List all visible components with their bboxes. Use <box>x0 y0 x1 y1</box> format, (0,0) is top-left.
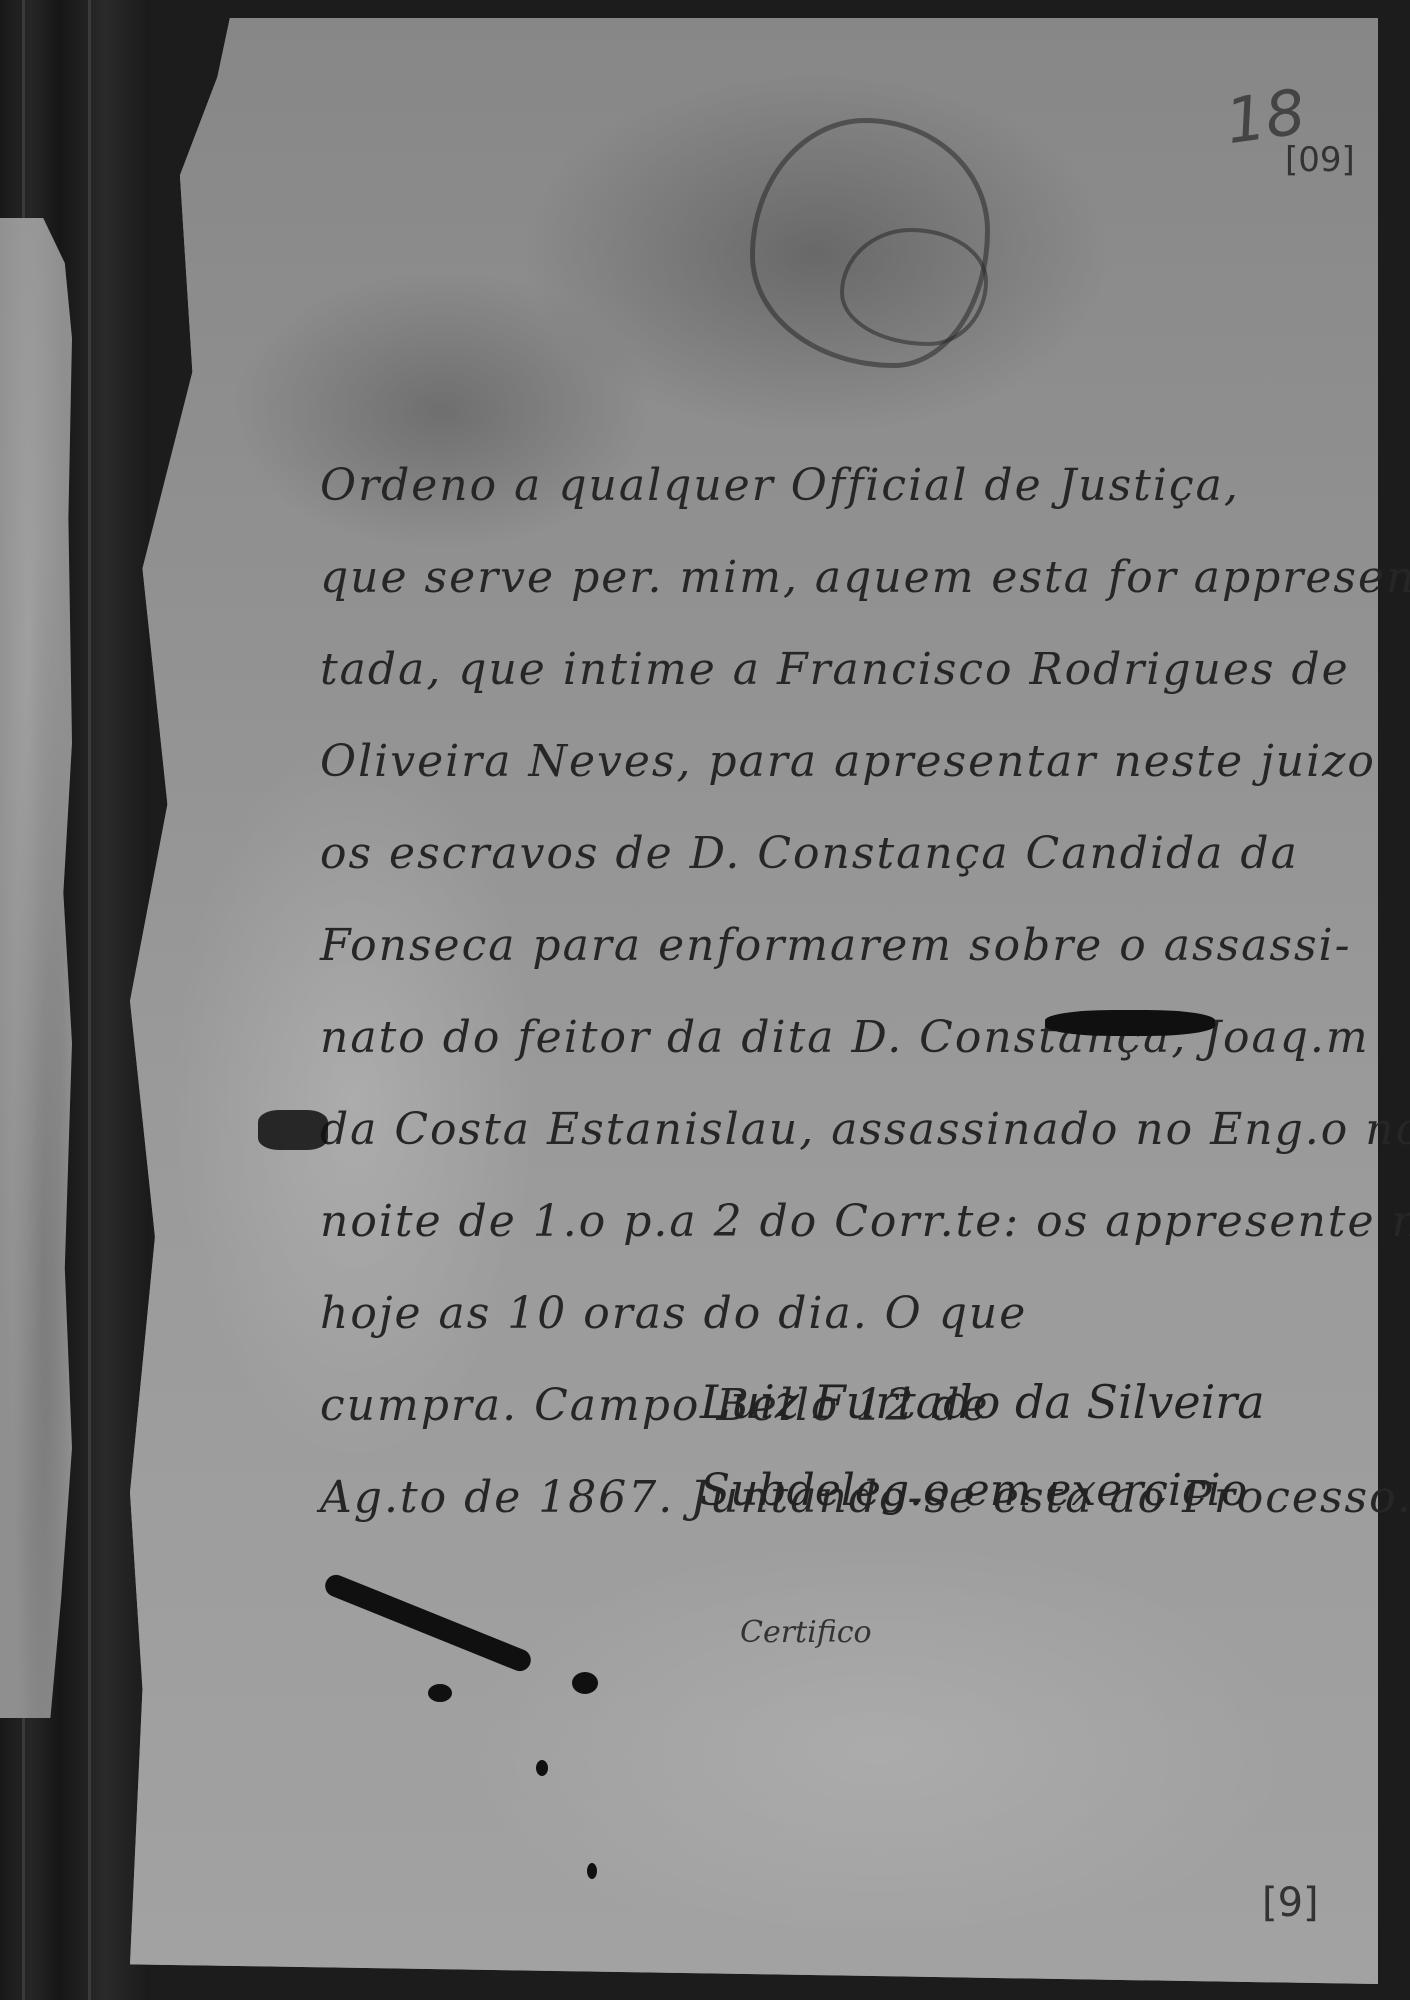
certification-note: Certifico <box>740 1615 872 1650</box>
body-line: nato do feitor da dita D. Constança, Joa… <box>320 992 1330 1084</box>
body-line: da Costa Estanislau, assassinado no Eng.… <box>320 1084 1330 1176</box>
water-stain <box>840 228 988 346</box>
ink-drop <box>587 1863 597 1879</box>
body-line: Oliveira Neves, para apresentar neste ju… <box>320 716 1330 808</box>
body-line: noite de 1.o p.a 2 do Corr.te: os appres… <box>320 1176 1330 1268</box>
signature-name: Luiz Furtado da Silveira <box>700 1375 1265 1429</box>
ink-drop <box>572 1672 598 1694</box>
ink-overwrite <box>258 1110 328 1150</box>
archive-number-bottom: [9] <box>1262 1880 1319 1926</box>
ink-blot <box>1045 1010 1215 1036</box>
ink-drop <box>428 1684 452 1702</box>
torn-adjacent-page-fragment <box>0 218 72 1718</box>
binding-edge <box>88 0 91 2000</box>
body-line: que serve per. mim, aquem esta for appre… <box>320 532 1330 624</box>
body-line: Ordeno a qualquer Official de Justiça, <box>320 440 1330 532</box>
body-line: os escravos de D. Constança Candida da <box>320 808 1330 900</box>
ink-drop <box>536 1760 548 1776</box>
body-line: hoje as 10 oras do dia. O que <box>320 1268 1330 1360</box>
archive-number-top: [09] <box>1285 140 1355 180</box>
signature-title: Subdeleg.o em exercicio <box>700 1465 1247 1516</box>
body-line: tada, que intime a Francisco Rodrigues d… <box>320 624 1330 716</box>
body-line: Fonseca para enformarem sobre o assassi- <box>320 900 1330 992</box>
